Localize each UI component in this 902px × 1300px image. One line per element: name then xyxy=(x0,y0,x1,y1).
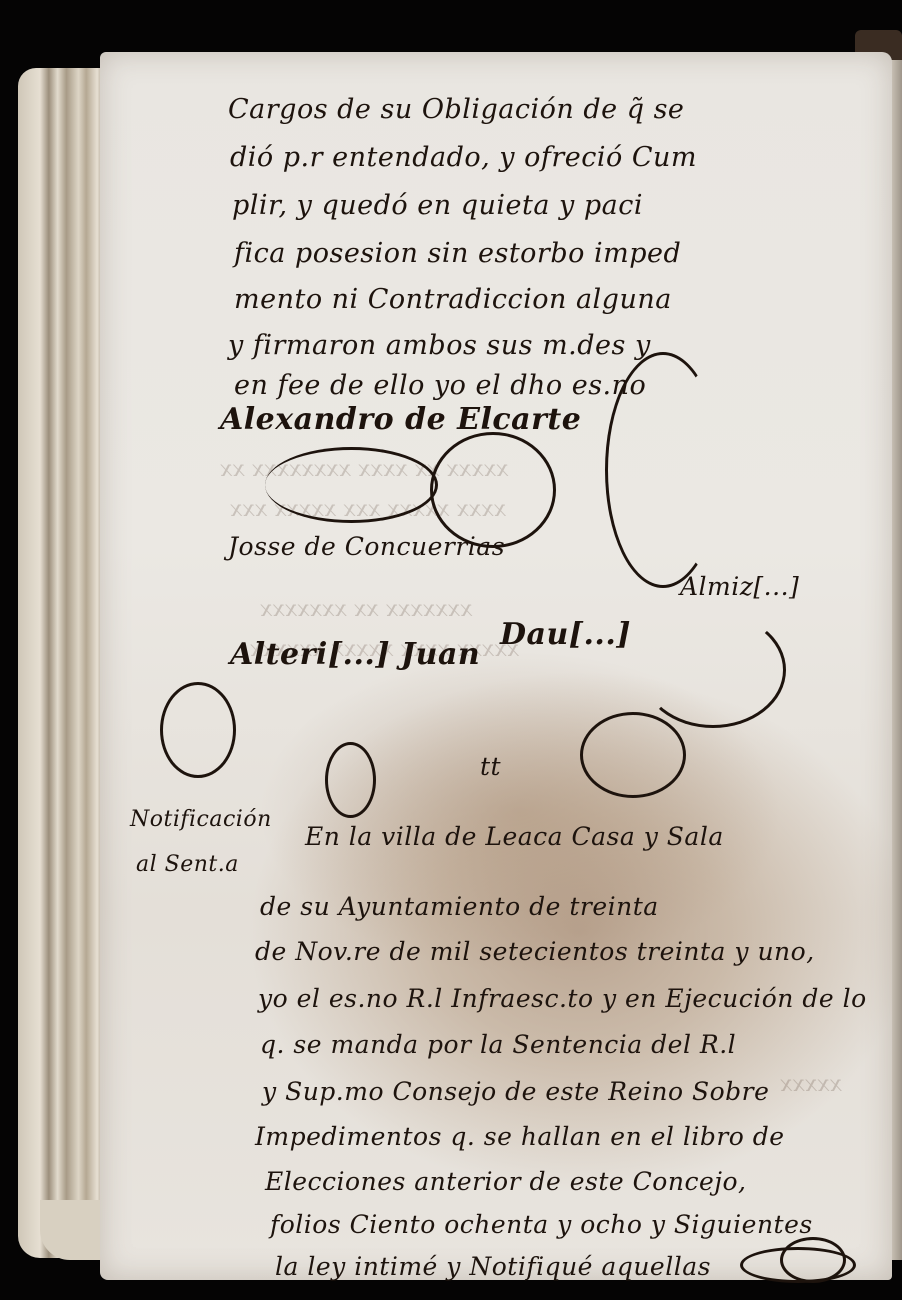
body-line-3: plir, y quedó en quieta y paci xyxy=(232,190,643,221)
signature-alexandro: Alexandro de Elcarte xyxy=(220,402,581,437)
body-line-4: fica posesion sin estorbo imped xyxy=(234,238,681,269)
margin-note-title: Notificación xyxy=(130,807,272,832)
notification-line-10: la ley intimé y Notifiqué aquellas xyxy=(275,1252,711,1281)
bleed-through-text: xxxxxxx xx xxxxxxx xyxy=(260,597,473,622)
body-line-7: en fee de ello yo el dho es.no xyxy=(234,370,646,401)
body-line-5: mento ni Contradiccion alguna xyxy=(234,284,672,315)
body-line-2: dió p.r entendado, y ofreció Cum xyxy=(230,142,697,173)
notification-line-5: q. se manda por la Sentencia del R.l xyxy=(260,1030,736,1059)
notary-rubric-icon xyxy=(780,1237,846,1283)
signature-flourish-icon xyxy=(580,712,686,798)
notification-line-3: de Nov.re de mil setecientos treinta y u… xyxy=(255,937,815,966)
signature-flourish-icon xyxy=(430,432,556,548)
notification-line-2: de su Ayuntamiento de treinta xyxy=(260,892,659,921)
signature-dau: Dau[...] xyxy=(500,617,631,652)
signature-flourish-icon xyxy=(640,612,786,728)
signature-flourish-icon xyxy=(160,682,236,778)
margin-note-subtitle: al Sent.a xyxy=(136,852,239,877)
signature-almiz: Almiz[...] xyxy=(680,572,799,601)
signature-flourish-icon xyxy=(605,352,721,588)
manuscript-page: xxxxx xx xxxx xxxxxxxx xx xxxx xxxxx xxx… xyxy=(100,52,892,1280)
notification-line-9: folios Ciento ochenta y ocho y Siguiente… xyxy=(270,1210,813,1239)
notification-line-4: yo el es.no R.l Infraesc.to y en Ejecuci… xyxy=(258,984,867,1013)
notification-line-7: Impedimentos q. se hallan en el libro de xyxy=(255,1122,785,1151)
signature-juan: Alteri[...] Juan xyxy=(230,637,480,672)
notification-line-6: y Sup.mo Consejo de este Reino Sobre xyxy=(262,1077,769,1106)
body-line-6: y firmaron ambos sus m.des y xyxy=(228,330,651,361)
rubric-mark: tt xyxy=(480,752,501,781)
notification-line-1: En la villa de Leaca Casa y Sala xyxy=(305,822,724,851)
body-line-1: Cargos de su Obligación de q̃ se xyxy=(228,94,684,125)
signature-josse: Josse de Concuerrias xyxy=(228,532,505,561)
notification-line-8: Elecciones anterior de este Concejo, xyxy=(265,1167,747,1196)
bleed-through-text: xxxxx xyxy=(780,1072,842,1097)
signature-flourish-icon xyxy=(325,742,376,818)
signature-flourish-icon xyxy=(265,447,438,523)
